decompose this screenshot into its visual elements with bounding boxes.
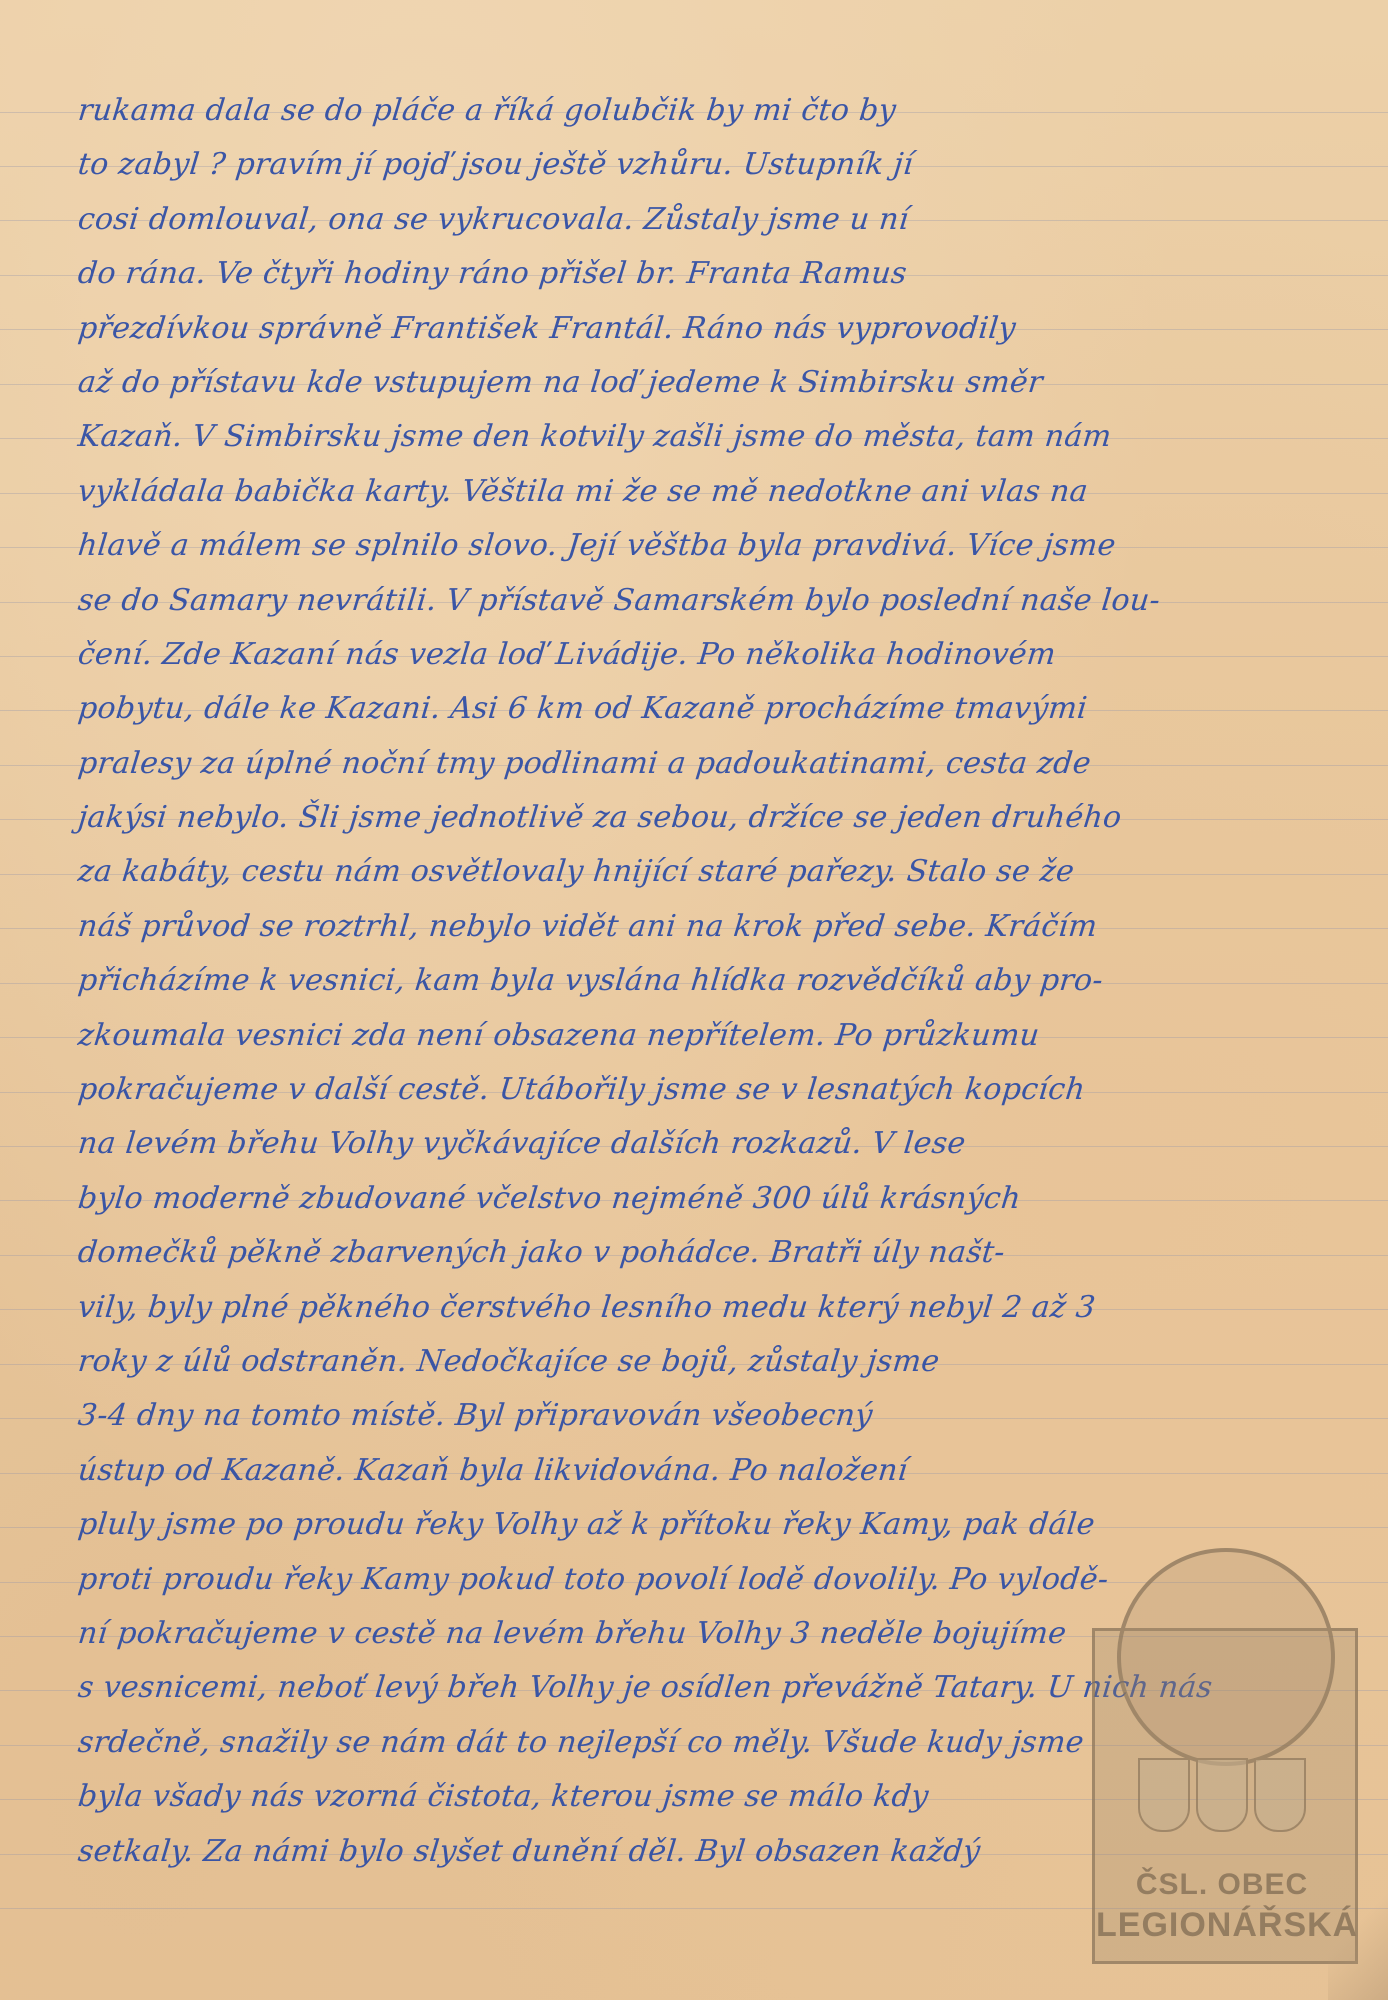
text-line: vily, byly plné pěkného čerstvého lesníh… xyxy=(75,1281,1321,1335)
page-corner-curl xyxy=(1328,1880,1388,2000)
text-line: pralesy za úplné noční tmy podlinami a p… xyxy=(75,737,1321,791)
text-line: cosi domlouval, ona se vykrucovala. Zůst… xyxy=(75,193,1321,247)
text-line: se do Samary nevrátili. V přístavě Samar… xyxy=(75,574,1321,628)
text-line: roky z úlů odstraněn. Nedočkajíce se boj… xyxy=(75,1335,1321,1389)
text-line: za kabáty, cestu nám osvětlovaly hnijící… xyxy=(75,845,1321,899)
text-line: zkoumala vesnici zda není obsazena nepří… xyxy=(75,1009,1321,1063)
text-line: pluly jsme po proudu řeky Volhy až k pří… xyxy=(75,1498,1321,1552)
text-line: hlavě a málem se splnilo slovo. Její věš… xyxy=(75,519,1321,573)
text-line: ústup od Kazaně. Kazaň byla likvidována.… xyxy=(75,1444,1321,1498)
text-line: přicházíme k vesnici, kam byla vyslána h… xyxy=(75,954,1321,1008)
text-line: čení. Zde Kazaní nás vezla loď Livádije.… xyxy=(75,628,1321,682)
coat-of-arms-icon xyxy=(1254,1758,1306,1832)
text-line: do rána. Ve čtyři hodiny ráno přišel br.… xyxy=(75,247,1321,301)
text-line: domečků pěkně zbarvených jako v pohádce.… xyxy=(75,1226,1321,1280)
text-line: na levém břehu Volhy vyčkávajíce dalších… xyxy=(75,1117,1321,1171)
coat-of-arms-icon xyxy=(1138,1758,1190,1832)
watermark-line-1: ČSL. OBEC xyxy=(1096,1868,1348,1902)
text-line: Kazaň. V Simbirsku jsme den kotvily zašl… xyxy=(75,410,1321,464)
text-line: pobytu, dále ke Kazani. Asi 6 km od Kaza… xyxy=(75,682,1321,736)
paper-page: rukama dala se do pláče a říká golubčik … xyxy=(0,0,1388,2000)
text-line: rukama dala se do pláče a říká golubčik … xyxy=(75,84,1321,138)
text-line: pokračujeme v další cestě. Utábořily jsm… xyxy=(75,1063,1321,1117)
text-line: jakýsi nebylo. Šli jsme jednotlivě za se… xyxy=(75,791,1321,845)
coat-of-arms-group xyxy=(1137,1758,1307,1858)
text-line: náš průvod se roztrhl, nebylo vidět ani … xyxy=(75,900,1321,954)
coat-of-arms-icon xyxy=(1196,1758,1248,1832)
text-line: přezdívkou správně František Frantál. Rá… xyxy=(75,302,1321,356)
text-line: bylo moderně zbudované včelstvo nejméně … xyxy=(75,1172,1321,1226)
watermark-line-2: LEGIONÁŘSKÁ xyxy=(1096,1906,1348,1945)
legion-watermark-logo: ČSL. OBEC LEGIONÁŘSKÁ xyxy=(1082,1548,1362,1968)
text-line: až do přístavu kde vstupujem na loď jede… xyxy=(75,356,1321,410)
text-line: to zabyl ? pravím jí pojď jsou ještě vzh… xyxy=(75,138,1321,192)
soldier-portrait-icon xyxy=(1117,1548,1335,1766)
text-line: 3-4 dny na tomto místě. Byl připravován … xyxy=(75,1389,1321,1443)
text-line: vykládala babička karty. Věštila mi že s… xyxy=(75,465,1321,519)
